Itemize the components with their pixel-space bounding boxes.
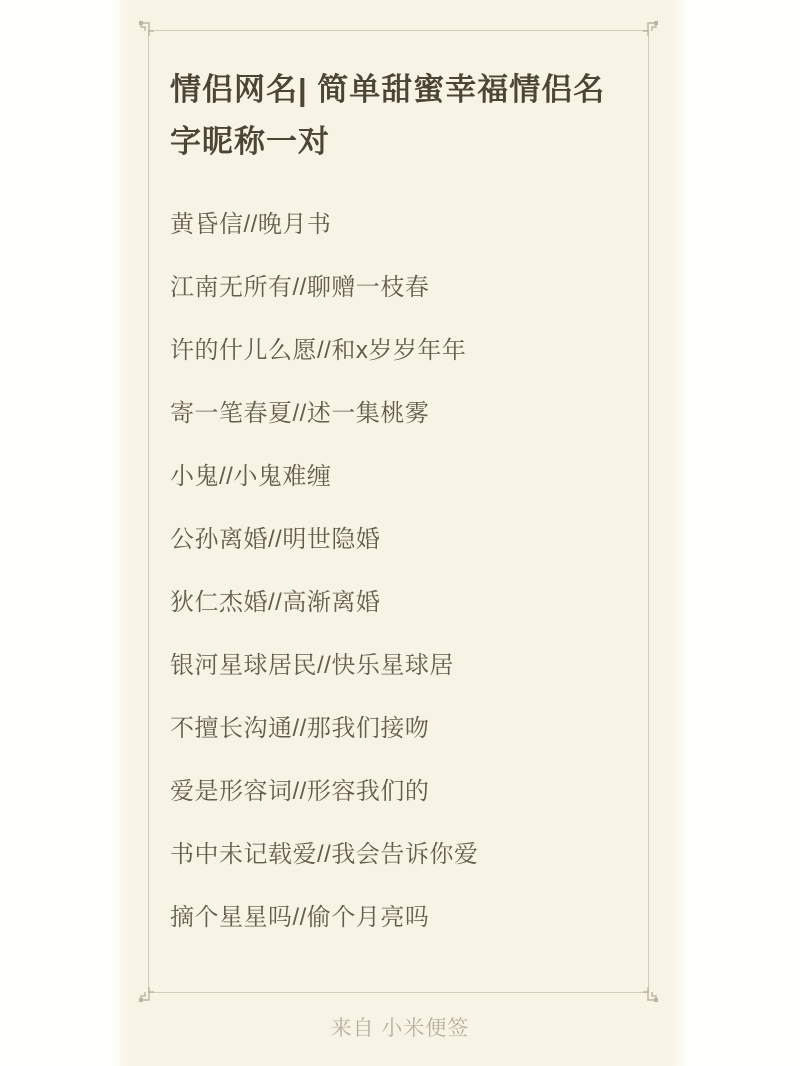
nickname-item: 银河星球居民//快乐星球居 bbox=[170, 634, 630, 697]
source-attribution: 来自 小米便签 bbox=[130, 1012, 670, 1042]
nickname-item: 公孙离婚//明世隐婚 bbox=[170, 508, 630, 571]
nickname-item: 爱是形容词//形容我们的 bbox=[170, 760, 630, 823]
nickname-item: 书中未记载爱//我会告诉你爱 bbox=[170, 823, 630, 886]
corner-ornament-icon bbox=[643, 12, 667, 36]
corner-ornament-icon bbox=[643, 987, 667, 1011]
nickname-item: 黄昏信//晚月书 bbox=[170, 193, 630, 256]
nickname-item: 不擅长沟通//那我们接吻 bbox=[170, 697, 630, 760]
nickname-item: 小鬼//小鬼难缠 bbox=[170, 445, 630, 508]
note-title-line-1: 情侣网名| 简单甜蜜幸福情侣名 bbox=[170, 64, 640, 116]
note-title: 情侣网名| 简单甜蜜幸福情侣名 字昵称一对 bbox=[170, 64, 640, 168]
nickname-item: 摘个星星吗//偷个月亮吗 bbox=[170, 886, 630, 949]
nickname-list: 黄昏信//晚月书 江南无所有//聊赠一枝春 许的什儿么愿//和x岁岁年年 寄一笔… bbox=[170, 193, 630, 949]
nickname-item: 狄仁杰婚//高渐离婚 bbox=[170, 571, 630, 634]
note-title-line-2: 字昵称一对 bbox=[170, 116, 640, 168]
nickname-item: 寄一笔春夏//述一集桃雾 bbox=[170, 382, 630, 445]
corner-ornament-icon bbox=[130, 12, 154, 36]
corner-ornament-icon bbox=[130, 987, 154, 1011]
nickname-item: 江南无所有//聊赠一枝春 bbox=[170, 256, 630, 319]
nickname-item: 许的什儿么愿//和x岁岁年年 bbox=[170, 319, 630, 382]
note-panel: 情侣网名| 简单甜蜜幸福情侣名 字昵称一对 黄昏信//晚月书 江南无所有//聊赠… bbox=[0, 0, 800, 1066]
